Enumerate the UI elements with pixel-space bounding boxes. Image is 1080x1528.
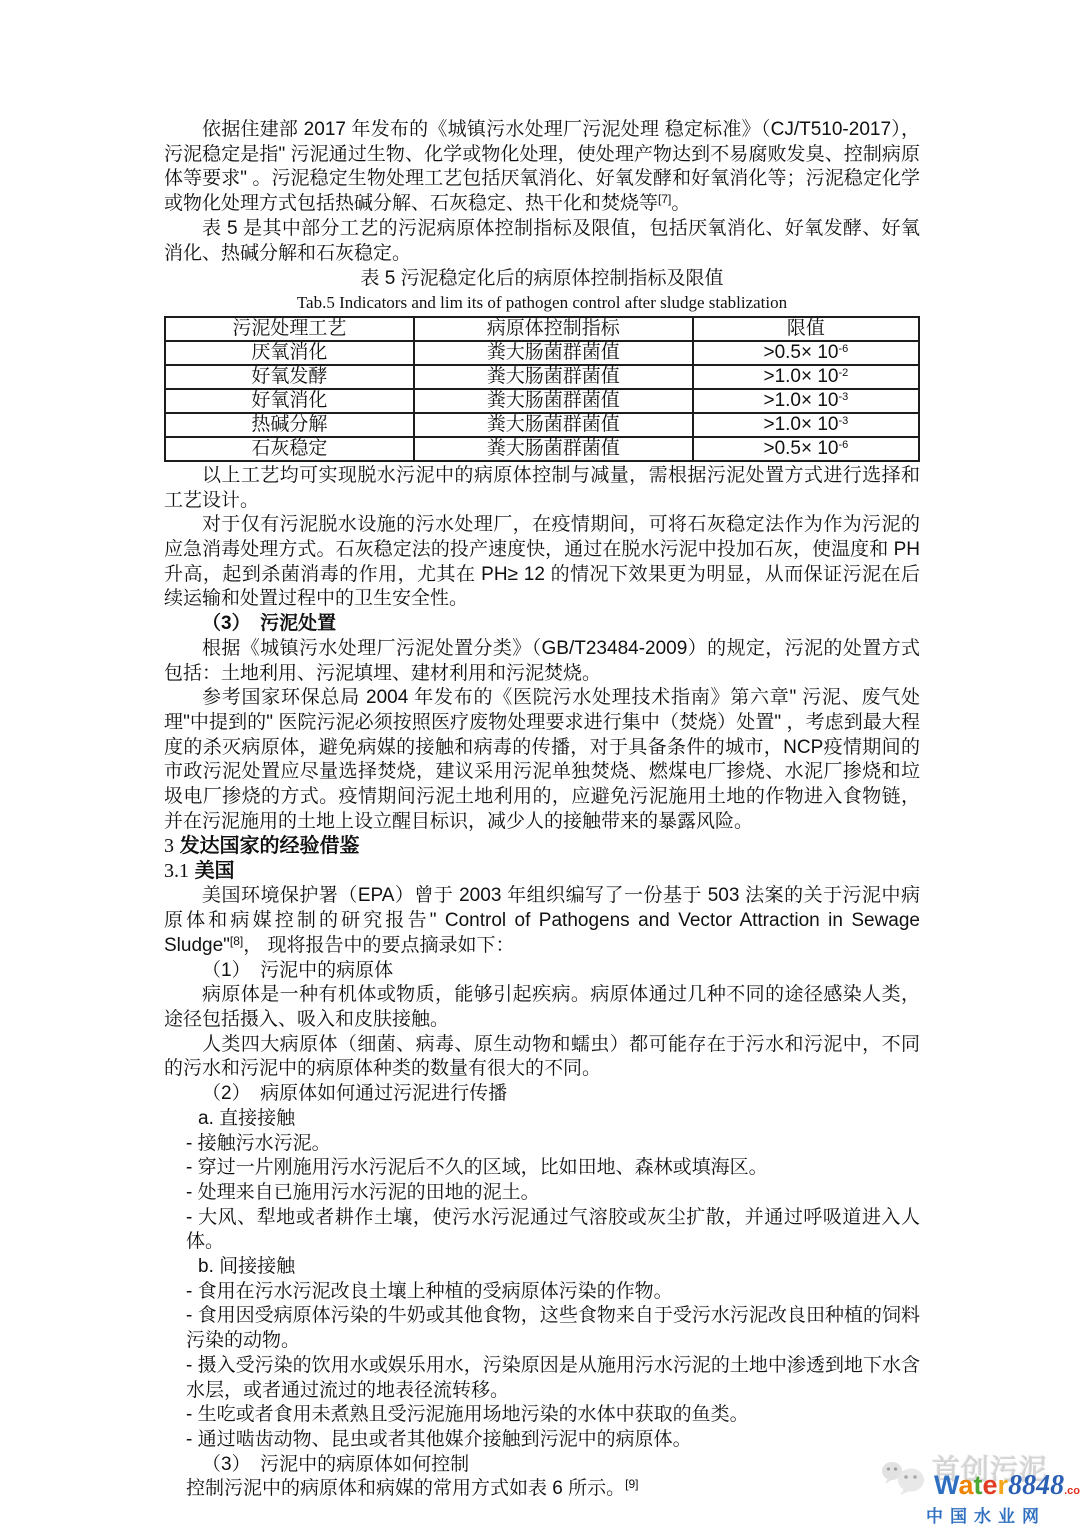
cell-indicator: 粪大肠菌群菌值 [414,341,693,365]
paragraph-disposal-classification: 根据《城镇污水处理厂污泥处置分类》（GB/T23484-2009）的规定，污泥的… [164,637,920,686]
cell-indicator: 粪大肠菌群菌值 [414,437,693,461]
wechat-icon [880,1458,930,1503]
cell-process: 厌氧消化 [165,341,414,365]
limit-exponent: -6 [839,343,849,355]
cell-process: 石灰稳定 [165,437,414,461]
cell-process: 好氧消化 [165,389,414,413]
heading-sludge-disposal: （3） 污泥处置 [164,612,920,637]
paragraph-lime-stabilization: 对于仅有污泥脱水设施的污水处理厂，在疫情期间，可将石灰稳定法作为作为污泥的应急消… [164,513,920,612]
list-item: - 处理来自已施用污水污泥的田地的泥土。 [186,1181,920,1206]
limit-exponent: -6 [839,439,849,451]
logo-letter: e [983,1470,998,1500]
paragraph-epa-report: 美国环境保护署（EPA）曾于 2003 年组织编写了一份基于 503 法案的关于… [164,884,920,958]
table-row: 厌氧消化 粪大肠菌群菌值 >0.5× 10-6 [165,341,919,365]
limit-value: >0.5× 10 [763,342,838,363]
list-item: - 生吃或者食用未煮熟且受污泥施用场地污染的水体中获取的鱼类。 [186,1403,920,1428]
cell-limit: >0.5× 10-6 [693,437,919,461]
col-header-process: 污泥处理工艺 [165,317,414,341]
limit-exponent: -3 [839,391,849,403]
cell-indicator: 粪大肠菌群菌值 [414,413,693,437]
logo-letter: a [958,1470,973,1500]
paragraph-text: 依据住建部 2017 年发布的《城镇污水处理厂污泥处理 稳定标准》（CJ/T51… [164,119,920,214]
cell-limit: >1.0× 10-2 [693,365,919,389]
paragraph-text: ， 现将报告中的要点摘录如下： [243,935,514,956]
cell-limit: >1.0× 10-3 [693,413,919,437]
subheading-pathogen-control: （3） 污泥中的病原体如何控制 [164,1453,920,1478]
paragraph-process-summary: 以上工艺均可实现脱水污泥中的病原体控制与减量，需根据污泥处置方式进行选择和工艺设… [164,464,920,513]
section-number: 3 [164,835,174,857]
reference-marker-9: [9] [625,1477,638,1491]
paragraph-pathogen-definition: 病原体是一种有机体或物质，能够引起疾病。病原体通过几种不同的途径感染人类，途径包… [164,983,920,1032]
limit-value: >0.5× 10 [763,438,838,459]
section-title: 美国 [195,860,235,882]
list-item: - 食用在污水污泥改良土壤上种植的受病原体污染的作物。 [186,1280,920,1305]
paragraph-four-pathogens: 人类四大病原体（细菌、病毒、原生动物和蠕虫）都可能存在于污水和污泥中，不同的污水… [164,1033,920,1082]
subheading-pathogen-spread: （2） 病原体如何通过污泥进行传播 [164,1082,920,1107]
limit-value: >1.0× 10 [763,414,838,435]
limit-value: >1.0× 10 [763,366,838,387]
table-row: 石灰稳定 粪大肠菌群菌值 >0.5× 10-6 [165,437,919,461]
table-row: 热碱分解 粪大肠菌群菌值 >1.0× 10-3 [165,413,919,437]
table-row: 好氧消化 粪大肠菌群菌值 >1.0× 10-3 [165,389,919,413]
list-label-direct-contact: a. 直接接触 [198,1107,920,1132]
list-label-indirect-contact: b. 间接接触 [198,1255,920,1280]
limit-exponent: -3 [839,415,849,427]
paragraph-hospital-guideline: 参考国家环保总局 2004 年发布的《医院污水处理技术指南》第六章" 污泥、废气… [164,686,920,834]
table-row: 好氧发酵 粪大肠菌群菌值 >1.0× 10-2 [165,365,919,389]
col-header-indicator: 病原体控制指标 [414,317,693,341]
reference-marker-8: [8] [230,934,243,948]
cell-process: 热碱分解 [165,413,414,437]
list-item: - 通过啮齿动物、昆虫或者其他媒介接触到污泥中的病原体。 [186,1428,920,1453]
watermark: 首创污泥 Water8848.com 中国水业网 [880,1452,1078,1524]
watermark-logo: Water8848.com [934,1470,1080,1502]
list-item: - 摄入受污染的饮用水或娱乐用水，污染原因是从施用污水污泥的土地中渗透到地下水含… [186,1354,920,1403]
article-body: 依据住建部 2017 年发布的《城镇污水处理厂污泥处理 稳定标准》（CJ/T51… [164,118,920,1502]
logo-letter: W [934,1470,958,1500]
col-header-limit: 限值 [693,317,919,341]
section-number: 3.1 [164,860,189,882]
paragraph-table6-reference: 控制污泥中的病原体和病媒的常用方式如表 6 所示。[9] [186,1477,920,1502]
section-heading-3: 3 发达国家的经验借鉴 [164,834,920,859]
paragraph-text: 。 [671,193,690,214]
paragraph-text: 控制污泥中的病原体和病媒的常用方式如表 6 所示。 [186,1478,625,1499]
limit-value: >1.0× 10 [763,390,838,411]
logo-letter: t [974,1470,983,1500]
table5-caption-zh: 表 5 污泥稳定化后的病原体控制指标及限值 [164,267,920,292]
list-item: - 食用因受病原体污染的牛奶或其他食物，这些食物来自于受污水污泥改良田种植的饲料… [186,1304,920,1353]
logo-tld: .com [1064,1485,1080,1497]
cell-limit: >1.0× 10-3 [693,389,919,413]
table5-caption-en: Tab.5 Indicators and lim its of pathogen… [164,292,920,314]
logo-letter: r [998,1470,1009,1500]
list-item: - 接触污水污泥。 [186,1132,920,1157]
reference-marker-7: [7] [658,192,671,206]
section-title: 发达国家的经验借鉴 [180,835,360,857]
cell-indicator: 粪大肠菌群菌值 [414,365,693,389]
cell-process: 好氧发酵 [165,365,414,389]
logo-number: 8848 [1008,1470,1064,1501]
subheading-pathogens-in-sludge: （1） 污泥中的病原体 [164,959,920,984]
cell-indicator: 粪大肠菌群菌值 [414,389,693,413]
list-item: - 穿过一片刚施用污水污泥后不久的区域，比如田地、森林或填海区。 [186,1156,920,1181]
table-header-row: 污泥处理工艺 病原体控制指标 限值 [165,317,919,341]
section-heading-3-1: 3.1 美国 [164,859,920,884]
table5: 污泥处理工艺 病原体控制指标 限值 厌氧消化 粪大肠菌群菌值 >0.5× 10-… [164,316,920,462]
watermark-tagline: 中国水业网 [926,1502,1046,1527]
limit-exponent: -2 [839,367,849,379]
cell-limit: >0.5× 10-6 [693,341,919,365]
paragraph-standard-intro: 依据住建部 2017 年发布的《城镇污水处理厂污泥处理 稳定标准》（CJ/T51… [164,118,920,217]
paragraph-table5-intro: 表 5 是其中部分工艺的污泥病原体控制指标及限值，包括厌氧消化、好氧发酵、好氧消… [164,217,920,266]
list-item: - 大风、犁地或者耕作土壤，使污水污泥通过气溶胶或灰尘扩散，并通过呼吸道进入人体… [186,1206,920,1255]
